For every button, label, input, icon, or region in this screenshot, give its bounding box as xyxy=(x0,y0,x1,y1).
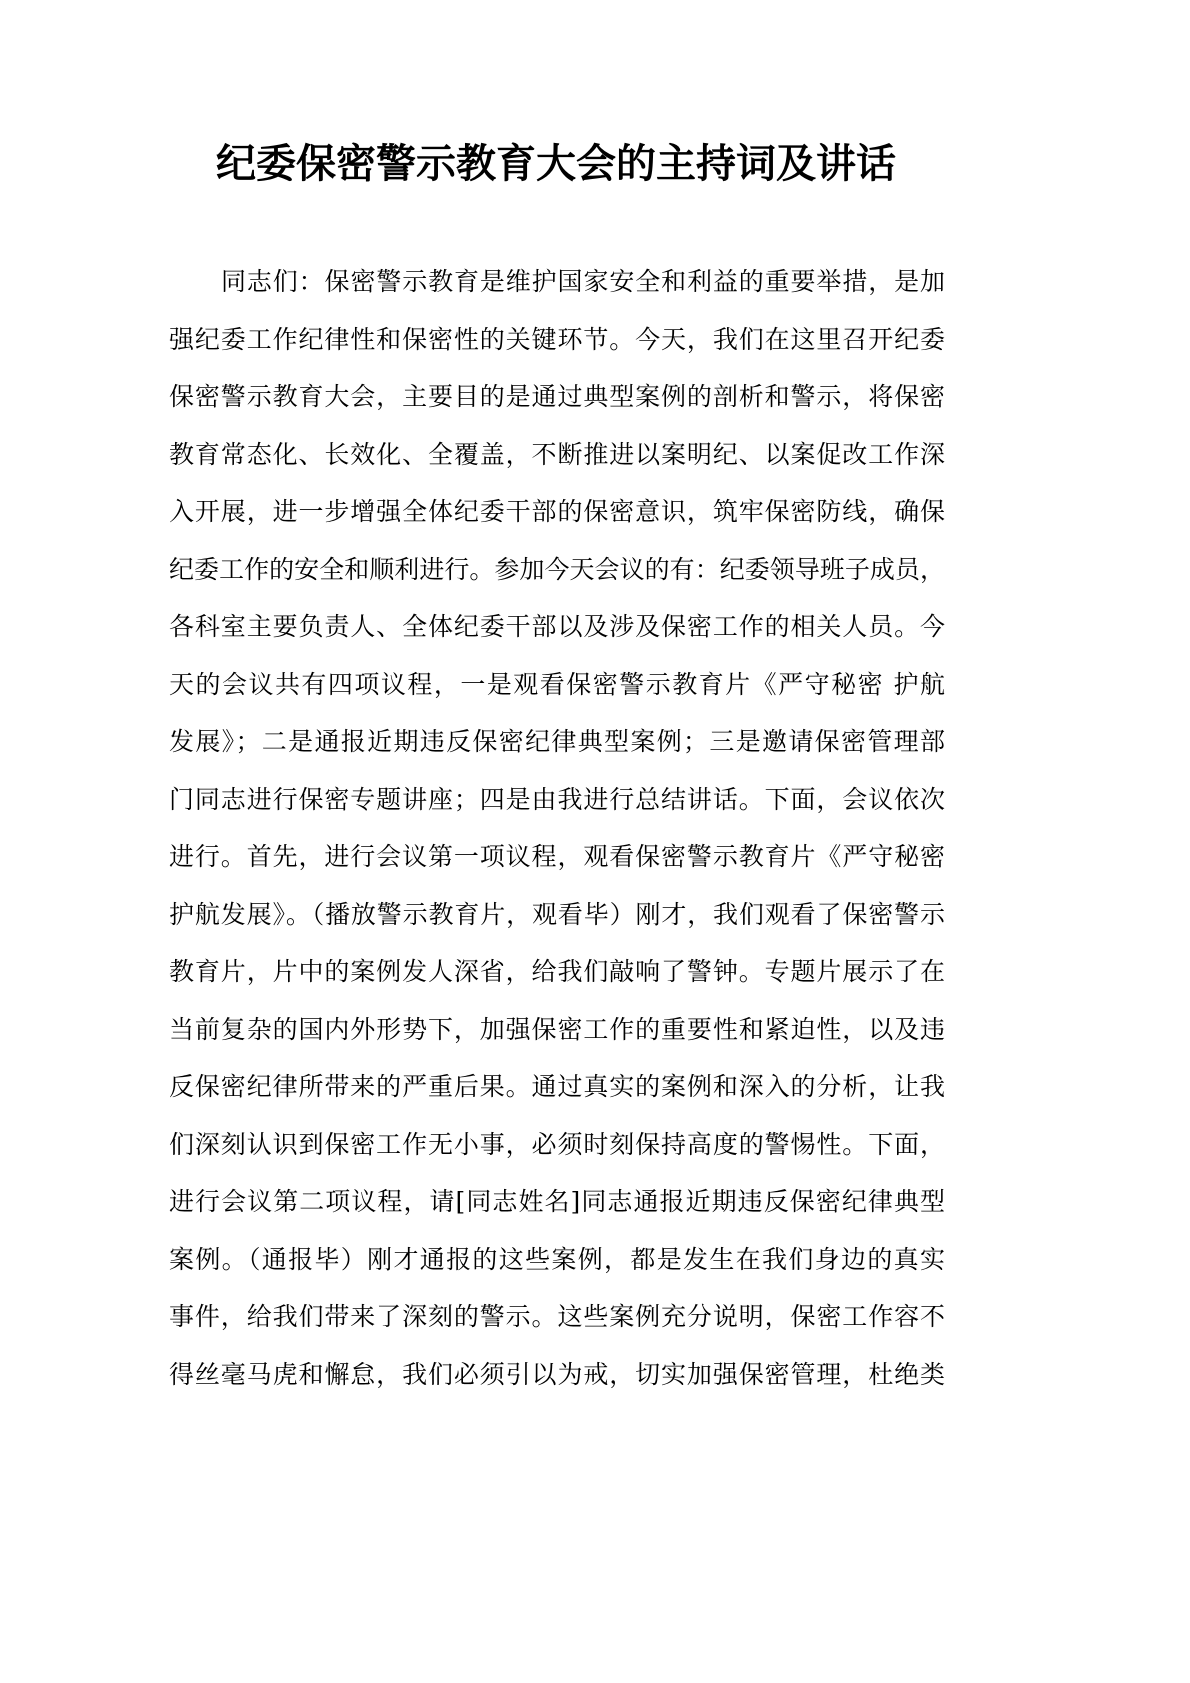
body-line: 纪委工作的安全和顺利进行。参加今天会议的有：纪委领导班子成员， xyxy=(169,548,945,606)
body-line: 进行。首先，进行会议第一项议程，观看保密警示教育片《严守秘密 xyxy=(169,835,945,893)
body-line: 天的会议共有四项议程，一是观看保密警示教育片《严守秘密 护航 xyxy=(169,663,945,721)
body-line: 护航发展》。（播放警示教育片，观看毕）刚才，我们观看了保密警示 xyxy=(169,893,945,951)
body-line: 进行会议第二项议程，请[同志姓名]同志通报近期违反保密纪律典型 xyxy=(169,1180,945,1238)
body-line: 事件，给我们带来了深刻的警示。这些案例充分说明，保密工作容不 xyxy=(169,1295,945,1353)
body-line: 同志们：保密警示教育是维护国家安全和利益的重要举措，是加 xyxy=(169,260,945,318)
body-line: 得丝毫马虎和懈怠，我们必须引以为戒，切实加强保密管理，杜绝类 xyxy=(169,1353,945,1411)
body-line: 入开展，进一步增强全体纪委干部的保密意识，筑牢保密防线，确保 xyxy=(169,490,945,548)
body-line: 教育片，片中的案例发人深省，给我们敲响了警钟。专题片展示了在 xyxy=(169,950,945,1008)
body-line: 门同志进行保密专题讲座；四是由我进行总结讲话。下面，会议依次 xyxy=(169,778,945,836)
body-line: 反保密纪律所带来的严重后果。通过真实的案例和深入的分析，让我 xyxy=(169,1065,945,1123)
document-body: 同志们：保密警示教育是维护国家安全和利益的重要举措，是加 强纪委工作纪律性和保密… xyxy=(169,260,945,1410)
body-line: 案例。（通报毕）刚才通报的这些案例，都是发生在我们身边的真实 xyxy=(169,1238,945,1296)
body-line: 当前复杂的国内外形势下，加强保密工作的重要性和紧迫性，以及违 xyxy=(169,1008,945,1066)
document-title: 纪委保密警示教育大会的主持词及讲话 xyxy=(0,136,1112,192)
body-line: 们深刻认识到保密工作无小事，必须时刻保持高度的警惕性。下面， xyxy=(169,1123,945,1181)
body-line: 保密警示教育大会，主要目的是通过典型案例的剖析和警示，将保密 xyxy=(169,375,945,433)
document-page: 纪委保密警示教育大会的主持词及讲话 同志们：保密警示教育是维护国家安全和利益的重… xyxy=(0,0,1190,1683)
body-line: 教育常态化、长效化、全覆盖，不断推进以案明纪、以案促改工作深 xyxy=(169,433,945,491)
body-line: 各科室主要负责人、全体纪委干部以及涉及保密工作的相关人员。今 xyxy=(169,605,945,663)
body-line: 强纪委工作纪律性和保密性的关键环节。今天，我们在这里召开纪委 xyxy=(169,318,945,376)
body-line: 发展》；二是通报近期违反保密纪律典型案例；三是邀请保密管理部 xyxy=(169,720,945,778)
